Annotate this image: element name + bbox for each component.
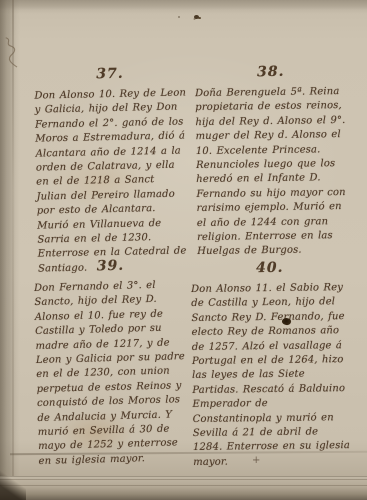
ink-speck — [178, 16, 180, 18]
entry-40: 40. Don Alonso 11. el Sabio Rey de Casti… — [191, 259, 352, 470]
scanned-manuscript-photo: 37. Don Alonso 10. Rey de Leon y Galicia… — [0, 0, 367, 500]
entry-number: 40. — [191, 259, 349, 277]
margin-scribble — [1, 35, 22, 71]
entry-text: Don Alonso 10. Rey de Leon y Galicia, hi… — [34, 86, 190, 276]
entry-39: 39. Don Fernando el 3°. el Sancto, hijo … — [33, 256, 192, 469]
entry-text: Don Alonso 11. el Sabio Rey de Castilla … — [191, 281, 351, 470]
entry-number: 39. — [33, 256, 187, 276]
entry-text: Doña Berenguela 5ª. Reina propietaria de… — [195, 85, 349, 260]
left-edge-crease — [12, 0, 14, 476]
plus-mark: + — [252, 455, 260, 466]
entry-number: 37. — [34, 64, 186, 83]
manuscript-page: 37. Don Alonso 10. Rey de Leon y Galicia… — [0, 0, 367, 476]
entry-number: 38. — [195, 63, 347, 81]
bottom-left-shadow — [0, 470, 26, 500]
entry-38: 38. Doña Berenguela 5ª. Reina propietari… — [195, 63, 350, 260]
page-bottom-edges — [0, 476, 367, 500]
entry-text: Don Fernando el 3°. el Sancto, hijo del … — [34, 278, 193, 469]
entry-37: 37. Don Alonso 10. Rey de Leon y Galicia… — [34, 64, 190, 276]
ink-speck — [194, 15, 199, 19]
